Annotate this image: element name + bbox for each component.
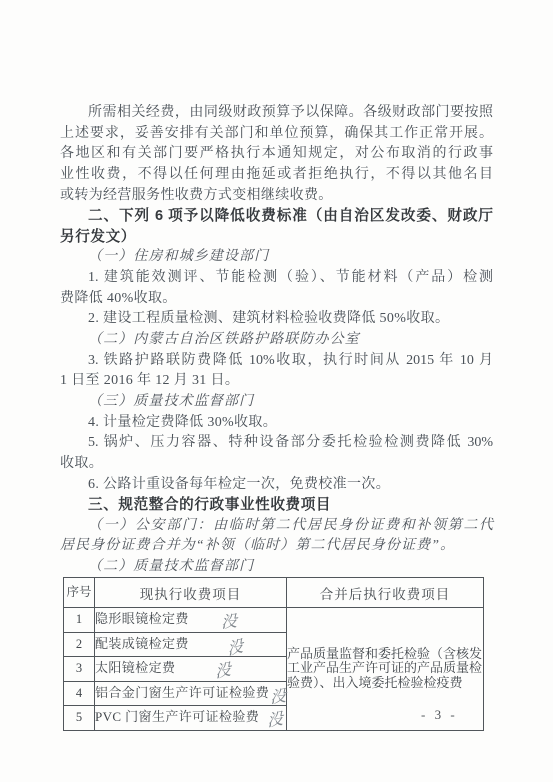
subsection-heading: （三）质量技术监督部门	[60, 392, 493, 413]
fee-item: 隐形眼镜检定费没	[95, 608, 287, 633]
text-line: 6. 公路计重设备每年检定一次，免费校准一次。	[60, 475, 493, 496]
fee-item-text: PVC 门窗生产许可证检验费	[95, 709, 259, 724]
text-line: 上述要求，妥善安排有关部门和单位预算，确保其工作正常开展。	[60, 124, 493, 145]
fee-item: PVC 门窗生产许可证检验费没	[95, 706, 287, 731]
fee-item-text: 配装成镜检定费	[95, 636, 189, 651]
subsection-heading: （二）质量技术监督部门	[60, 557, 493, 578]
scanned-document-page: 所需相关经费，由同级财政预算予以保障。各级财政部门要按照 上述要求，妥善安排有关…	[0, 0, 553, 782]
fee-item-text: 太阳镜检定费	[95, 660, 175, 675]
fee-item: 配装成镜检定费没	[95, 632, 287, 657]
text-line: 各地区和有关部门要严格执行本通知规定，对公布取消的行政事	[60, 144, 493, 165]
header-cell-merged: 合并后执行收费项目	[287, 578, 484, 608]
row-index: 2	[64, 632, 95, 657]
handwritten-mark: 没	[221, 608, 237, 633]
page-number: - 3 -	[421, 707, 458, 723]
handwritten-mark: 没	[267, 705, 284, 731]
text-line: 居民身份证费合并为“补领（临时）第二代居民身份证费”。	[60, 536, 493, 557]
row-index: 1	[64, 608, 95, 633]
fee-item: 太阳镜检定费没	[95, 657, 287, 682]
row-index: 4	[64, 681, 95, 706]
text-line: 收取。	[60, 454, 493, 475]
header-cell-current: 现执行收费项目	[95, 578, 287, 608]
row-index: 5	[64, 706, 95, 731]
text-line: 1. 建筑能效测评、节能检测（验）、节能材料（产品）检测	[60, 268, 493, 289]
row-index: 3	[64, 657, 95, 682]
subsection-heading: （一）公安部门：由临时第二代居民身份证费和补领第二代	[60, 516, 493, 537]
handwritten-mark: 没	[270, 683, 286, 708]
text-line: 或转为经营服务性收费方式变相继续收费。	[60, 186, 493, 207]
table-header-row: 序号 现执行收费项目 合并后执行收费项目	[64, 578, 484, 608]
text-line: 2. 建设工程质量检测、建筑材料检验收费降低 50%收取。	[60, 309, 493, 330]
text-line: 3. 铁路护路联防费降低 10%收取，执行时间从 2015 年 10 月	[60, 351, 493, 372]
fee-item-text: 隐形眼镜检定费	[95, 611, 189, 626]
section-heading-2-cont: 另行发文）	[60, 227, 493, 248]
text-line: 业性收费，不得以任何理由拖延或者拒绝执行，不得以其他名目	[60, 165, 493, 186]
text-line: 4. 计量检定费降低 30%收取。	[60, 413, 493, 434]
section-heading-2: 二、下列 6 项予以降低收费标准（由自治区发改委、财政厅	[60, 206, 493, 227]
fee-item: 铝合金门窗生产许可证检验费没	[95, 681, 287, 706]
text-line: 1 日至 2016 年 12 月 31 日。	[60, 371, 493, 392]
subsection-heading: （一）住房和城乡建设部门	[60, 247, 493, 268]
handwritten-mark: 没	[215, 656, 232, 683]
subsection-heading: （二）内蒙古自治区铁路护路联防办公室	[60, 330, 493, 351]
fee-item-text: 铝合金门窗生产许可证检验费	[95, 685, 269, 700]
document-body: 所需相关经费，由同级财政预算予以保障。各级财政部门要按照 上述要求，妥善安排有关…	[60, 103, 493, 578]
text-line: 5. 锅炉、压力容器、特种设备部分委托检验检测费降低 30%	[60, 433, 493, 454]
section-heading-3: 三、规范整合的行政事业性收费项目	[60, 495, 493, 516]
header-cell-index: 序号	[64, 578, 95, 608]
table-row: 1 隐形眼镜检定费没 产品质量监督和委托检验（含核发工业产品生产许可证的产品质量…	[64, 608, 484, 633]
text-line: 费降低 40%收取。	[60, 289, 493, 310]
text-line: 所需相关经费，由同级财政预算予以保障。各级财政部门要按照	[60, 103, 493, 124]
